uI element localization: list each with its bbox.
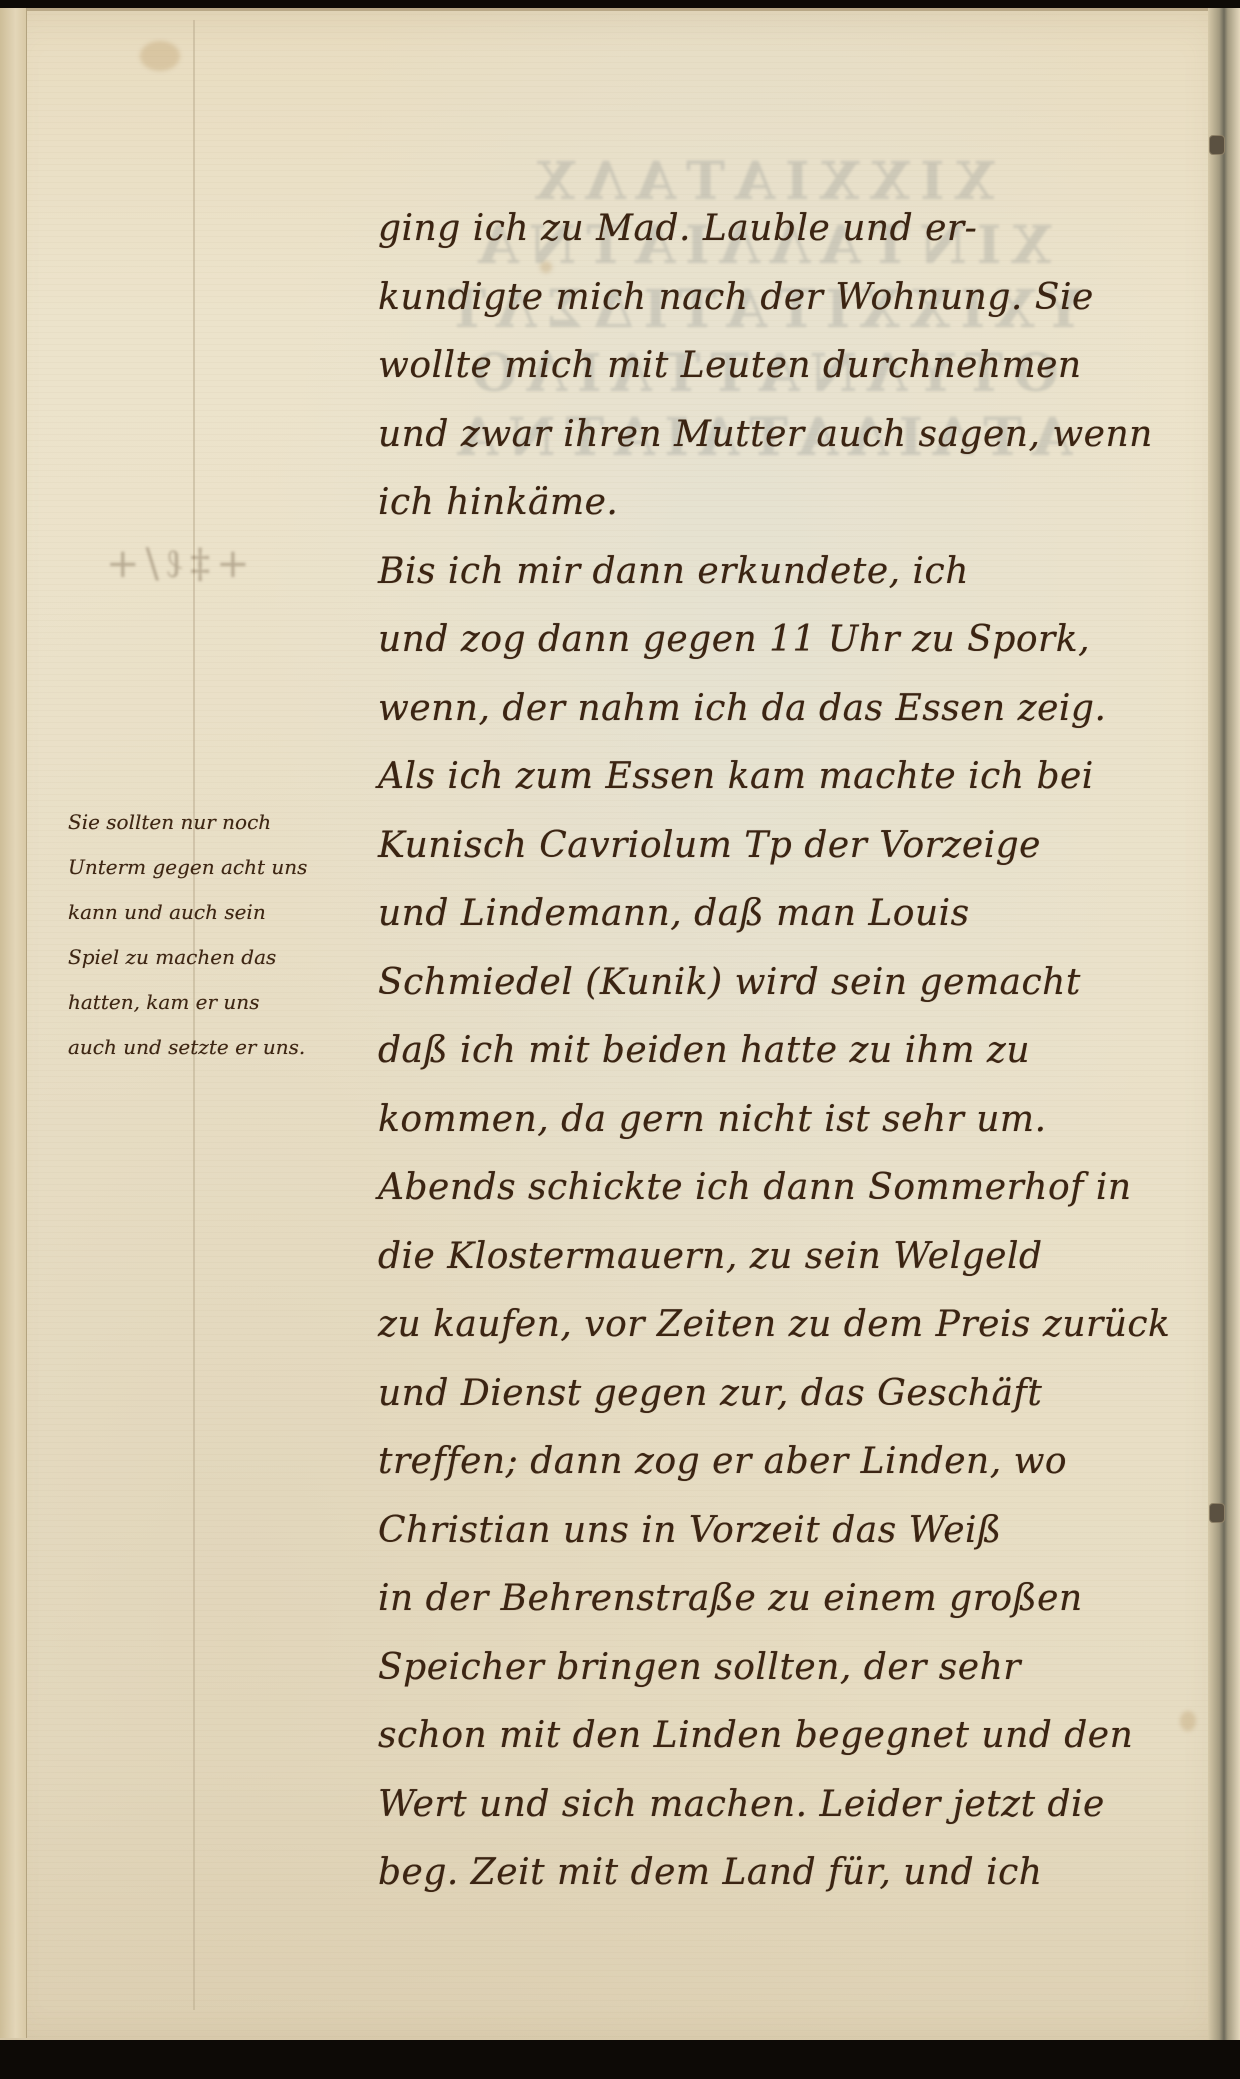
paper-stain — [140, 41, 180, 71]
book-gutter — [1208, 8, 1240, 2046]
page-left-edge — [0, 8, 27, 2038]
paper-stain — [1180, 1711, 1196, 1731]
text-line: wenn, der nahm ich da das Essen zeig. — [378, 675, 1168, 744]
text-line: Abends schickte ich dann Sommerhof in — [378, 1154, 1168, 1223]
text-line: Speicher bringen sollten, der sehr — [378, 1634, 1168, 1703]
margin-note-line: Sie sollten nur noch — [68, 800, 358, 845]
margin-note-line: Unterm gegen acht uns — [68, 845, 358, 890]
text-line: schon mit den Linden begegnet und den — [378, 1702, 1168, 1771]
text-line: Schmiedel (Kunik) wird sein gemacht — [378, 949, 1168, 1018]
text-line: kundigte mich nach der Wohnung. Sie — [378, 264, 1168, 333]
text-line: Bis ich mir dann erkundete, ich — [378, 538, 1168, 607]
text-line: ging ich zu Mad. Lauble und er- — [378, 195, 1168, 264]
text-line: ich hinkäme. — [378, 469, 1168, 538]
margin-note-line: auch und setzte er uns. — [68, 1025, 358, 1070]
text-line: Kunisch Cavriolum Tp der Vorzeige — [378, 812, 1168, 881]
scan-border-bottom — [0, 2040, 1240, 2079]
binding-stitch — [1209, 135, 1225, 155]
text-line: und zwar ihren Mutter auch sagen, wenn — [378, 401, 1168, 470]
text-line: die Klostermauern, zu sein Welgeld — [378, 1223, 1168, 1292]
text-line: wollte mich mit Leuten durchnehmen — [378, 332, 1168, 401]
text-line: und zog dann gegen 11 Uhr zu Spork, — [378, 606, 1168, 675]
margin-note-line: Spiel zu machen das — [68, 935, 358, 980]
text-line: in der Behrenstraße zu einem großen — [378, 1565, 1168, 1634]
text-line: treffen; dann zog er aber Linden, wo — [378, 1428, 1168, 1497]
text-line: Als ich zum Essen kam machte ich bei — [378, 743, 1168, 812]
main-handwritten-text: ging ich zu Mad. Lauble und er- kundigte… — [378, 195, 1168, 1908]
scan-border-top — [0, 0, 1240, 8]
text-line: beg. Zeit mit dem Land für, und ich — [378, 1839, 1168, 1908]
bleed-through-mark: +‡ℓ/+ — [100, 540, 250, 587]
binding-stitch — [1209, 1503, 1225, 1523]
text-line: zu kaufen, vor Zeiten zu dem Preis zurüc… — [378, 1291, 1168, 1360]
text-line: Wert und sich machen. Leider jetzt die — [378, 1771, 1168, 1840]
text-line: daß ich mit beiden hatte zu ihm zu — [378, 1017, 1168, 1086]
text-line: und Dienst gegen zur, das Geschäft — [378, 1360, 1168, 1429]
text-line: kommen, da gern nicht ist sehr um. — [378, 1086, 1168, 1155]
text-line: Christian uns in Vorzeit das Weiß — [378, 1497, 1168, 1566]
text-line: und Lindemann, daß man Louis — [378, 880, 1168, 949]
margin-note-line: kann und auch sein — [68, 890, 358, 935]
margin-note: Sie sollten nur noch Unterm gegen acht u… — [68, 800, 358, 1070]
margin-note-line: hatten, kam er uns — [68, 980, 358, 1025]
